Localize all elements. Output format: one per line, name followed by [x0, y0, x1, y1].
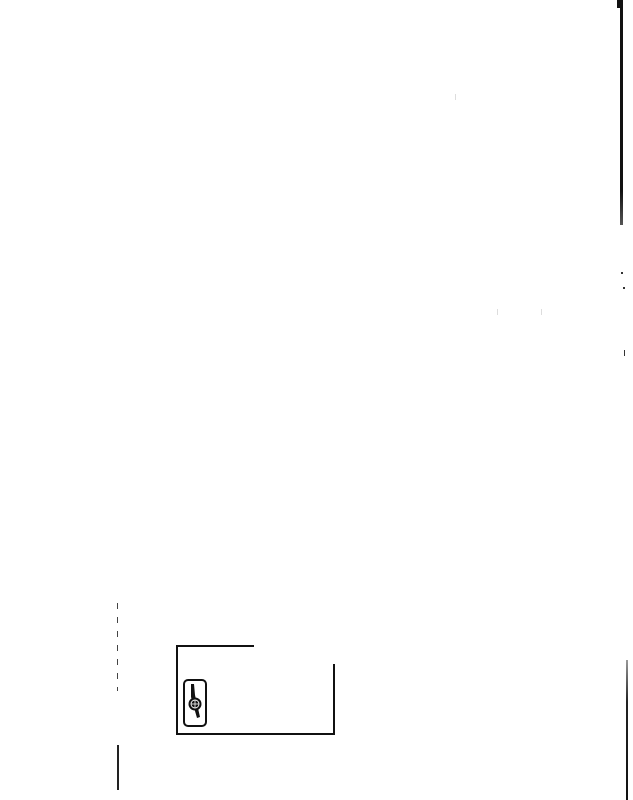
scan-edge-artifact-right-top	[620, 0, 623, 225]
scan-speck	[623, 287, 625, 289]
scan-edge-artifact-right-bottom	[626, 660, 628, 800]
scan-speck	[621, 272, 623, 274]
scan-speck-faint	[455, 94, 456, 100]
scan-speck-faint	[541, 309, 542, 315]
frame-bottom-line	[176, 733, 335, 735]
frame-left-line	[176, 645, 178, 735]
scan-edge-artifact-left	[117, 603, 118, 691]
frame-top-line	[176, 645, 254, 647]
frame-right-line	[333, 664, 335, 735]
scan-speck	[624, 350, 625, 356]
key-with-wheel-icon	[183, 679, 207, 727]
bracket-figure	[176, 645, 336, 737]
scan-speck-faint	[497, 309, 498, 315]
scan-edge-artifact-left-lower	[117, 745, 119, 790]
